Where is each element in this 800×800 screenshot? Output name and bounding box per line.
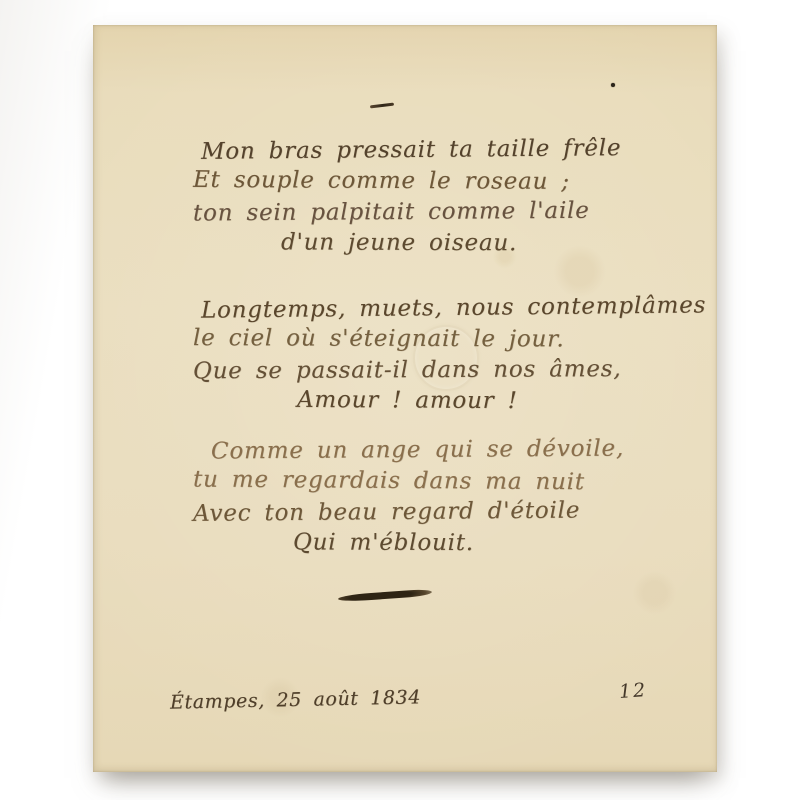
poem-stanza-3: Comme un ange qui se dévoile, tu me rega…	[193, 435, 624, 559]
poem-line: Amour ! amour !	[297, 385, 706, 418]
poem-stanza-2: Longtemps, muets, nous contemplâmes le c…	[193, 293, 706, 417]
poem-line: tu me regardais dans ma nuit	[193, 464, 624, 498]
end-flourish-icon	[338, 589, 432, 603]
poem-line: Et souple comme le roseau ;	[193, 165, 621, 198]
poem-line: ton sein palpitait comme l'aile	[193, 196, 622, 230]
section-dash-icon	[370, 103, 394, 109]
page-number: 12	[618, 679, 648, 703]
poem-line: le ciel où s'éteignait le jour.	[193, 323, 706, 356]
photo-background: Mon bras pressait ta taille frêle Et sou…	[0, 0, 800, 800]
poem-line: Comme un ange qui se dévoile,	[211, 434, 624, 468]
poem-line: Que se passait-il dans nos âmes,	[193, 354, 706, 388]
poem-line: Mon bras pressait ta taille frêle	[201, 133, 622, 168]
ink-spot-icon	[611, 83, 615, 87]
poem-line: d'un jeune oiseau.	[281, 227, 621, 259]
manuscript-page: Mon bras pressait ta taille frêle Et sou…	[93, 25, 717, 772]
poem-line: Longtemps, muets, nous contemplâmes	[201, 290, 706, 326]
place-date-line: Étampes, 25 août 1834	[170, 686, 421, 713]
poem-stanza-1: Mon bras pressait ta taille frêle Et sou…	[193, 135, 621, 259]
poem-line: Qui m'éblouit.	[293, 527, 624, 559]
poem-line: Avec ton beau regard d'étoile	[193, 495, 624, 530]
